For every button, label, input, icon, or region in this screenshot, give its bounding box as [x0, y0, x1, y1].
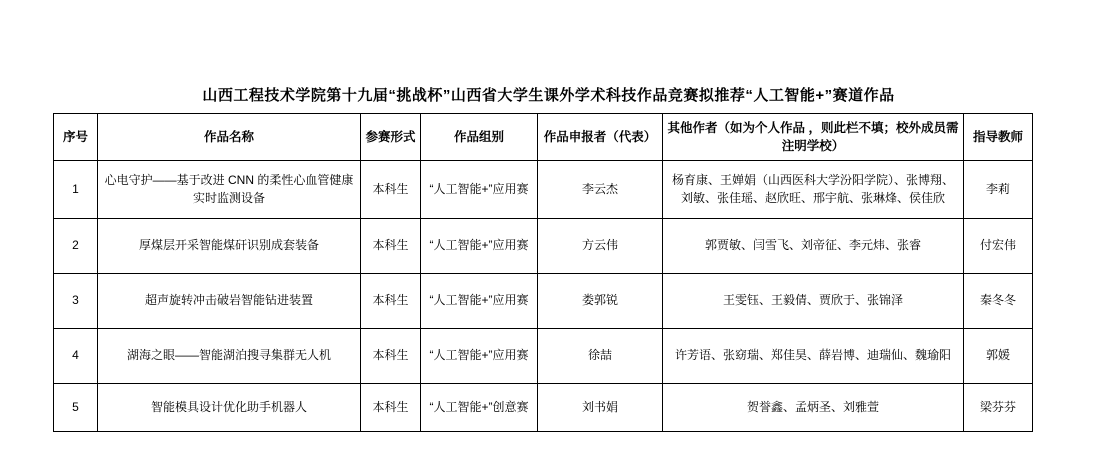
header-no: 序号: [54, 114, 98, 161]
cell-other-authors: 郭贾敏、闫雪飞、刘帝征、李元炜、张睿: [663, 219, 964, 274]
table-row: 3 超声旋转冲击破岩智能钻进装置 本科生 “人工智能+”应用赛 娄郭锐 王雯钰、…: [54, 274, 1033, 329]
cell-applicant: 徐喆: [538, 329, 663, 384]
cell-other-authors: 贺誉鑫、孟炳圣、刘雅萱: [663, 384, 964, 432]
cell-no: 5: [54, 384, 98, 432]
header-other-authors: 其他作者（如为个人作品 ，则此栏不填；校外成员需注明学校）: [663, 114, 964, 161]
cell-other-authors: 许芳语、张窈瑞、郑佳昊、薛岩博、迪瑞仙、魏瑜阳: [663, 329, 964, 384]
cell-entry-form: 本科生: [361, 219, 421, 274]
cell-no: 3: [54, 274, 98, 329]
cell-work-name: 智能模具设计优化助手机器人: [98, 384, 361, 432]
header-advisor: 指导教师: [964, 114, 1033, 161]
cell-applicant: 刘书娟: [538, 384, 663, 432]
header-entry-form: 参赛形式: [361, 114, 421, 161]
cell-entry-form: 本科生: [361, 384, 421, 432]
cell-no: 1: [54, 161, 98, 219]
page-title: 山西工程技术学院第十九届“挑战杯”山西省大学生课外学术科技作品竞赛拟推荐“人工智…: [0, 84, 1097, 105]
cell-applicant: 李云杰: [538, 161, 663, 219]
header-work-group: 作品组别: [421, 114, 538, 161]
cell-no: 4: [54, 329, 98, 384]
cell-other-authors: 杨育康、王婵娟（山西医科大学汾阳学院）、张博翔、刘敏、张佳瑶、赵欣旺、邢宇航、张…: [663, 161, 964, 219]
table-row: 1 心电守护——基于改进 CNN 的柔性心血管健康实时监测设备 本科生 “人工智…: [54, 161, 1033, 219]
cell-entry-form: 本科生: [361, 329, 421, 384]
cell-work-name: 心电守护——基于改进 CNN 的柔性心血管健康实时监测设备: [98, 161, 361, 219]
cell-work-group: “人工智能+”应用赛: [421, 329, 538, 384]
cell-applicant: 娄郭锐: [538, 274, 663, 329]
cell-advisor: 李莉: [964, 161, 1033, 219]
cell-advisor: 郭媛: [964, 329, 1033, 384]
table-row: 5 智能模具设计优化助手机器人 本科生 “人工智能+”创意赛 刘书娟 贺誉鑫、孟…: [54, 384, 1033, 432]
cell-work-name: 超声旋转冲击破岩智能钻进装置: [98, 274, 361, 329]
cell-work-name: 湖海之眼——智能湖泊搜寻集群无人机: [98, 329, 361, 384]
table-header-row: 序号 作品名称 参赛形式 作品组别 作品申报者（代表） 其他作者（如为个人作品 …: [54, 114, 1033, 161]
cell-no: 2: [54, 219, 98, 274]
cell-work-group: “人工智能+”创意赛: [421, 384, 538, 432]
cell-other-authors: 王雯钰、王毅倩、贾欣于、张锦泽: [663, 274, 964, 329]
cell-advisor: 付宏伟: [964, 219, 1033, 274]
cell-work-group: “人工智能+”应用赛: [421, 274, 538, 329]
cell-entry-form: 本科生: [361, 274, 421, 329]
cell-work-name: 厚煤层开采智能煤矸识别成套装备: [98, 219, 361, 274]
cell-entry-form: 本科生: [361, 161, 421, 219]
header-work-name: 作品名称: [98, 114, 361, 161]
cell-advisor: 梁芬芬: [964, 384, 1033, 432]
cell-applicant: 方云伟: [538, 219, 663, 274]
table-row: 4 湖海之眼——智能湖泊搜寻集群无人机 本科生 “人工智能+”应用赛 徐喆 许芳…: [54, 329, 1033, 384]
cell-work-group: “人工智能+”应用赛: [421, 219, 538, 274]
header-applicant: 作品申报者（代表）: [538, 114, 663, 161]
cell-advisor: 秦冬冬: [964, 274, 1033, 329]
table-row: 2 厚煤层开采智能煤矸识别成套装备 本科生 “人工智能+”应用赛 方云伟 郭贾敏…: [54, 219, 1033, 274]
cell-work-group: “人工智能+”应用赛: [421, 161, 538, 219]
works-table: 序号 作品名称 参赛形式 作品组别 作品申报者（代表） 其他作者（如为个人作品 …: [53, 113, 1033, 432]
